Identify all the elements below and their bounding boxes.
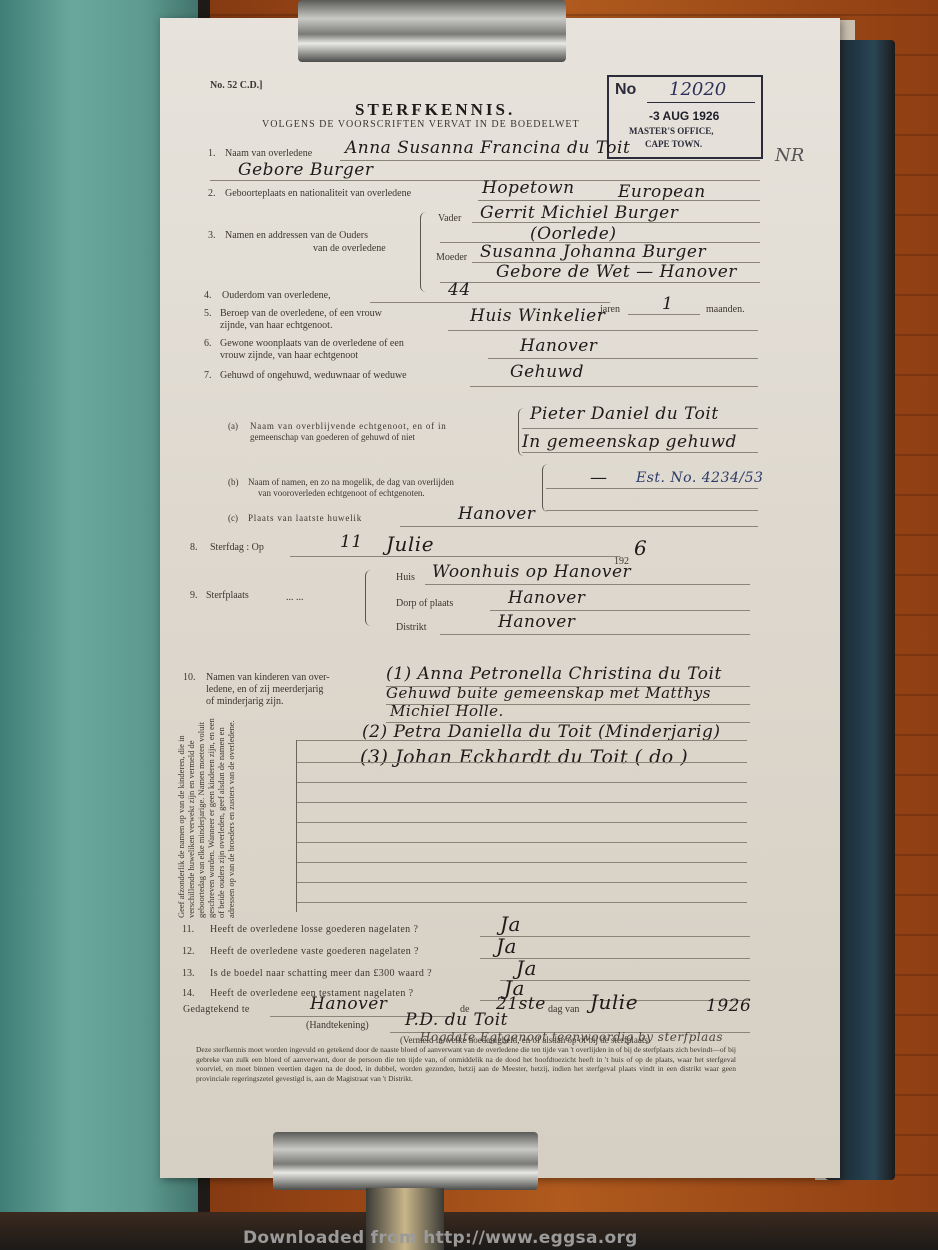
field-8-label: Sterfdag : Op xyxy=(210,542,264,554)
rule xyxy=(297,862,747,863)
footer-instructions: Deze sterfkennis moet worden ingevuld en… xyxy=(196,1045,736,1083)
field-4-label: Ouderdom van overledene, xyxy=(222,290,331,302)
rule xyxy=(480,936,750,937)
rule xyxy=(297,882,747,883)
signed-year: 1926 xyxy=(706,996,751,1016)
field-1-label: Naam van overledene xyxy=(225,148,312,160)
marital-status: Gehuwd xyxy=(510,362,584,382)
q11-label: Heeft de overledene losse goederen nagel… xyxy=(210,924,418,936)
residence: Hanover xyxy=(520,336,597,356)
rule xyxy=(470,386,758,387)
rule xyxy=(297,822,747,823)
rule xyxy=(440,634,750,635)
field-5-label-2: zijnde, van haar echtgenoot. xyxy=(220,320,332,332)
place-of-death-town: Hanover xyxy=(508,588,585,608)
rule xyxy=(297,902,747,903)
rule xyxy=(546,488,758,489)
rule xyxy=(340,160,760,161)
stamp-number: 12020 xyxy=(669,79,726,100)
birthplace: Hopetown xyxy=(482,178,575,198)
rule xyxy=(297,782,747,783)
field-3-label-2: van de overledene xyxy=(313,243,386,255)
field-8-num: 8. xyxy=(190,542,198,554)
death-month: Julie xyxy=(386,532,434,556)
rule xyxy=(425,584,750,585)
top-metal-clip xyxy=(298,0,566,62)
rule xyxy=(478,200,760,201)
brace xyxy=(420,212,427,292)
field-5-label: Beroep van de overledene, of een vrouw xyxy=(220,308,382,320)
rule xyxy=(297,740,747,741)
capacity-value: Hogdate Egtgenoot teenwoordig by sterfpl… xyxy=(420,1030,723,1044)
rule xyxy=(440,282,760,283)
signature-label: (Handtekening) xyxy=(306,1020,369,1032)
months-label: maanden. xyxy=(706,304,745,316)
place-of-death-district: Hanover xyxy=(498,612,575,632)
age-years: 44 xyxy=(448,280,471,300)
field-3-num: 3. xyxy=(208,230,216,242)
field-4-num: 4. xyxy=(204,290,212,302)
mother-details: Gebore de Wet — Hanover xyxy=(496,262,737,282)
rule xyxy=(546,510,758,511)
children-additional-lines xyxy=(296,740,747,912)
year-suffix: 6 xyxy=(634,536,647,560)
field-10-label-2: ledene, en of zij meerderjarig xyxy=(206,684,323,696)
child-1-marriage: Gehuwd buite gemeenskap met Matthys xyxy=(386,684,711,702)
field-2-label: Geboorteplaats en nationaliteit van over… xyxy=(225,188,411,200)
watermark: Downloaded from http://www.eggsa.org xyxy=(243,1228,638,1248)
rule xyxy=(500,980,750,981)
signed-at-label: Gedagtekend te xyxy=(183,1004,250,1016)
stamp-town: CAPE TOWN. xyxy=(645,139,702,149)
rule xyxy=(297,802,747,803)
field-9-label: Sterfplaats xyxy=(206,590,249,602)
deceased-name: Anna Susanna Francina du Toit xyxy=(345,138,630,158)
field-10-label-3: of minderjarig zijn. xyxy=(206,696,283,708)
field-7b-label-2: van vooroverleden echtgenoot of echtgeno… xyxy=(258,487,425,499)
father-status: (Oorlede) xyxy=(530,224,617,244)
predeceased-spouse: — xyxy=(590,468,608,488)
rule xyxy=(448,330,758,331)
field-7-num: 7. xyxy=(204,370,212,382)
form-number: No. 52 C.D.] xyxy=(210,80,263,92)
stamp-office: MASTER'S OFFICE, xyxy=(629,126,714,136)
bottom-metal-clip xyxy=(273,1132,538,1190)
rule xyxy=(290,556,620,557)
place-of-death-house: Woonhuis op Hanover xyxy=(432,562,631,582)
mother-name: Susanna Johanna Burger xyxy=(480,242,706,262)
father-label: Vader xyxy=(438,213,461,225)
field-2-num: 2. xyxy=(208,188,216,200)
q12-answer: Ja xyxy=(496,934,517,958)
q13-num: 13. xyxy=(182,968,195,980)
child-1-spouse: Michiel Holle. xyxy=(390,702,504,720)
estate-number-annotation: Est. No. 4234/53 xyxy=(636,470,763,486)
field-6-label-2: vrouw zijnde, van haar echtgenoot xyxy=(220,350,358,362)
last-marriage-place: Hanover xyxy=(458,504,535,524)
field-10-label: Namen van kinderen van over- xyxy=(206,672,330,684)
q11-answer: Ja xyxy=(500,912,521,936)
q12-num: 12. xyxy=(182,946,195,958)
rule xyxy=(297,842,747,843)
q12-label: Heeft de overledene vaste goederen nagel… xyxy=(210,946,419,958)
signature: P.D. du Toit xyxy=(405,1010,508,1030)
rule xyxy=(472,222,760,223)
death-day: 11 xyxy=(340,532,363,552)
deceased-maiden-name: Gebore Burger xyxy=(238,160,374,180)
nationality: European xyxy=(618,182,706,202)
rule xyxy=(297,762,747,763)
q14-num: 14. xyxy=(182,988,195,1000)
field-7a-num: (a) xyxy=(228,420,238,432)
field-9-dots: ... ... xyxy=(286,592,304,604)
father-name: Gerrit Michiel Burger xyxy=(480,203,678,223)
children-instruction-note: Geef afzonderlik de namen op van de kind… xyxy=(176,718,306,918)
community-of-property: In gemeenskap gehuwd xyxy=(522,432,737,452)
document-subtitle: VOLGENS DE VOORSCRIFTEN VERVAT IN DE BOE… xyxy=(262,119,580,131)
signed-month: Julie xyxy=(590,990,638,1014)
town-label: Dorp of plaats xyxy=(396,598,453,610)
child-1: (1) Anna Petronella Christina du Toit xyxy=(386,664,722,684)
masters-office-stamp: No 12020 -3 AUG 1926 MASTER'S OFFICE, CA… xyxy=(607,75,763,159)
field-7-label: Gehuwd of ongehuwd, weduwnaar of weduwe xyxy=(220,370,407,382)
district-label: Distrikt xyxy=(396,622,427,634)
stamp-date: -3 AUG 1926 xyxy=(649,109,719,123)
rule xyxy=(628,314,700,315)
field-6-label: Gewone woonplaats van de overledene of e… xyxy=(220,338,404,350)
field-6-num: 6. xyxy=(204,338,212,350)
field-7c-num: (c) xyxy=(228,512,238,524)
field-5-num: 5. xyxy=(204,308,212,320)
surviving-spouse: Pieter Daniel du Toit xyxy=(530,404,719,424)
signed-place: Hanover xyxy=(310,994,387,1014)
q11-num: 11. xyxy=(182,924,194,936)
child-2: (2) Petra Daniella du Toit (Minderjarig) xyxy=(362,722,720,742)
margin-mark: NR xyxy=(775,145,804,166)
field-3-label: Namen en addressen van de Ouders xyxy=(225,230,368,242)
brace xyxy=(365,570,372,626)
day-of-label: dag van xyxy=(548,1004,579,1016)
field-7a-label-2: gemeenschap van goederen of gehuwd of ni… xyxy=(250,431,415,443)
rule xyxy=(488,358,758,359)
rule xyxy=(400,526,758,527)
stamp-no-label: No xyxy=(615,81,636,99)
document-title: STERFKENNIS. xyxy=(355,100,515,120)
mother-label: Moeder xyxy=(436,252,467,264)
field-7b-num: (b) xyxy=(228,476,239,488)
rule xyxy=(490,610,750,611)
field-7c-label: Plaats van laatste huwelik xyxy=(248,512,362,524)
rule xyxy=(370,302,610,303)
field-9-num: 9. xyxy=(190,590,198,602)
rule xyxy=(522,428,758,429)
field-1-num: 1. xyxy=(208,148,216,160)
q13-label: Is de boedel naar schatting meer dan £30… xyxy=(210,968,432,980)
occupation: Huis Winkelier xyxy=(470,306,605,326)
age-months: 1 xyxy=(662,294,673,314)
rule xyxy=(522,452,758,453)
field-10-num: 10. xyxy=(183,672,196,684)
stamp-rule xyxy=(647,102,755,103)
house-label: Huis xyxy=(396,572,415,584)
